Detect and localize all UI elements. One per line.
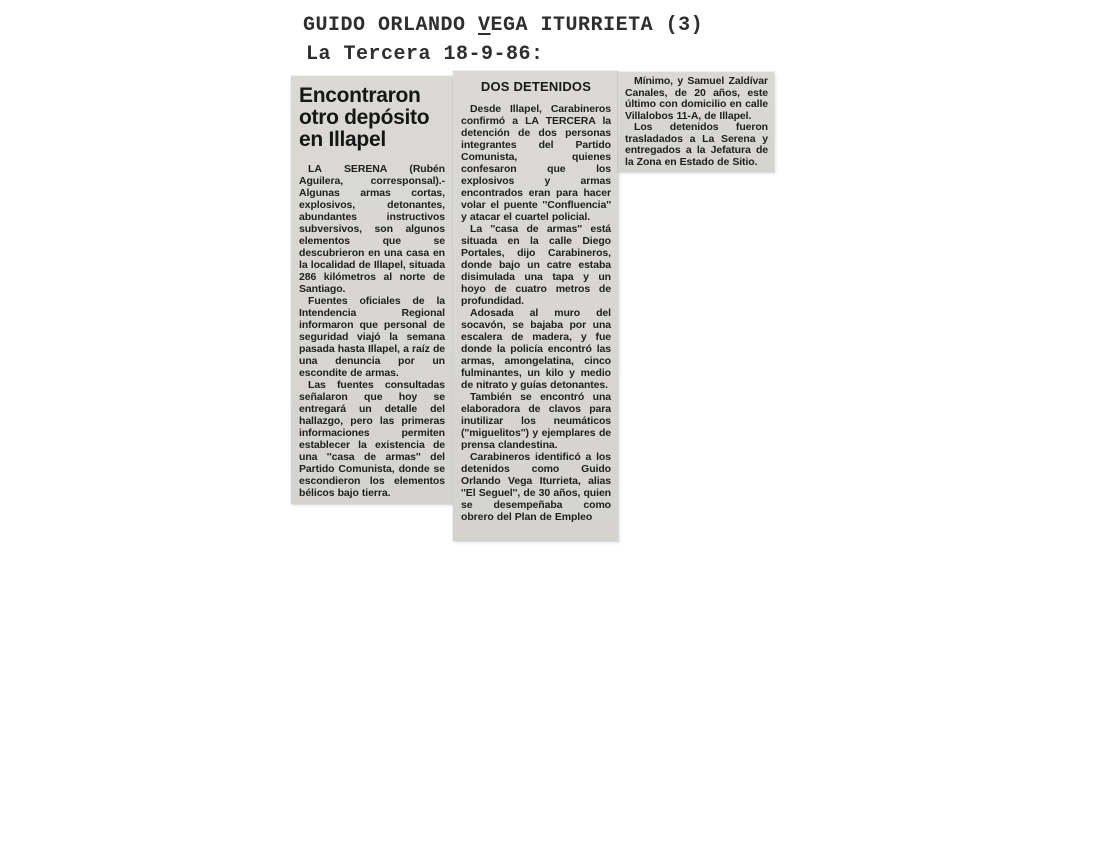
- article-paragraph: Los detenidos fueron trasladados a La Se…: [625, 122, 768, 168]
- clipping-column-middle: DOS DETENIDOS Desde Illapel, Carabineros…: [453, 71, 618, 541]
- annotation-name-part: EGA ITURRIETA (3): [491, 14, 704, 37]
- article-paragraph: LA SERENA (Rubén Aguilera, corresponsal)…: [299, 163, 445, 295]
- article-paragraph: Las fuentes consultadas señalaron que ho…: [299, 379, 445, 499]
- section-header-dos-detenidos: DOS DETENIDOS: [461, 79, 611, 94]
- article-paragraph: Mínimo, y Samuel Zaldívar Canales, de 20…: [625, 76, 768, 122]
- article-paragraph: También se encontró una elaboradora de c…: [461, 391, 611, 451]
- article-headline: Encontraron otro depósito en Illapel: [299, 85, 445, 151]
- typed-annotation-line2: La Tercera 18-9-86:: [306, 43, 544, 66]
- clipping-column-left: Encontraron otro depósito en Illapel LA …: [291, 76, 452, 504]
- annotation-underlined-letter: V: [478, 14, 491, 37]
- article-paragraph: Fuentes oficiales de la Intendencia Regi…: [299, 295, 445, 379]
- article-paragraph: Desde Illapel, Carabineros confirmó a LA…: [461, 103, 611, 223]
- article-paragraph: Adosada al muro del socavón, se bajaba p…: [461, 307, 611, 391]
- annotation-name-part: GUIDO ORLANDO: [303, 14, 478, 37]
- scanned-page: GUIDO ORLANDO VEGA ITURRIETA (3) La Terc…: [0, 0, 1100, 850]
- clipping-column-right: Mínimo, y Samuel Zaldívar Canales, de 20…: [618, 72, 774, 172]
- article-paragraph: Carabineros identificó a los detenidos c…: [461, 451, 611, 523]
- article-paragraph: La ''casa de armas'' está situada en la …: [461, 223, 611, 307]
- typed-annotation-line1: GUIDO ORLANDO VEGA ITURRIETA (3): [303, 14, 703, 37]
